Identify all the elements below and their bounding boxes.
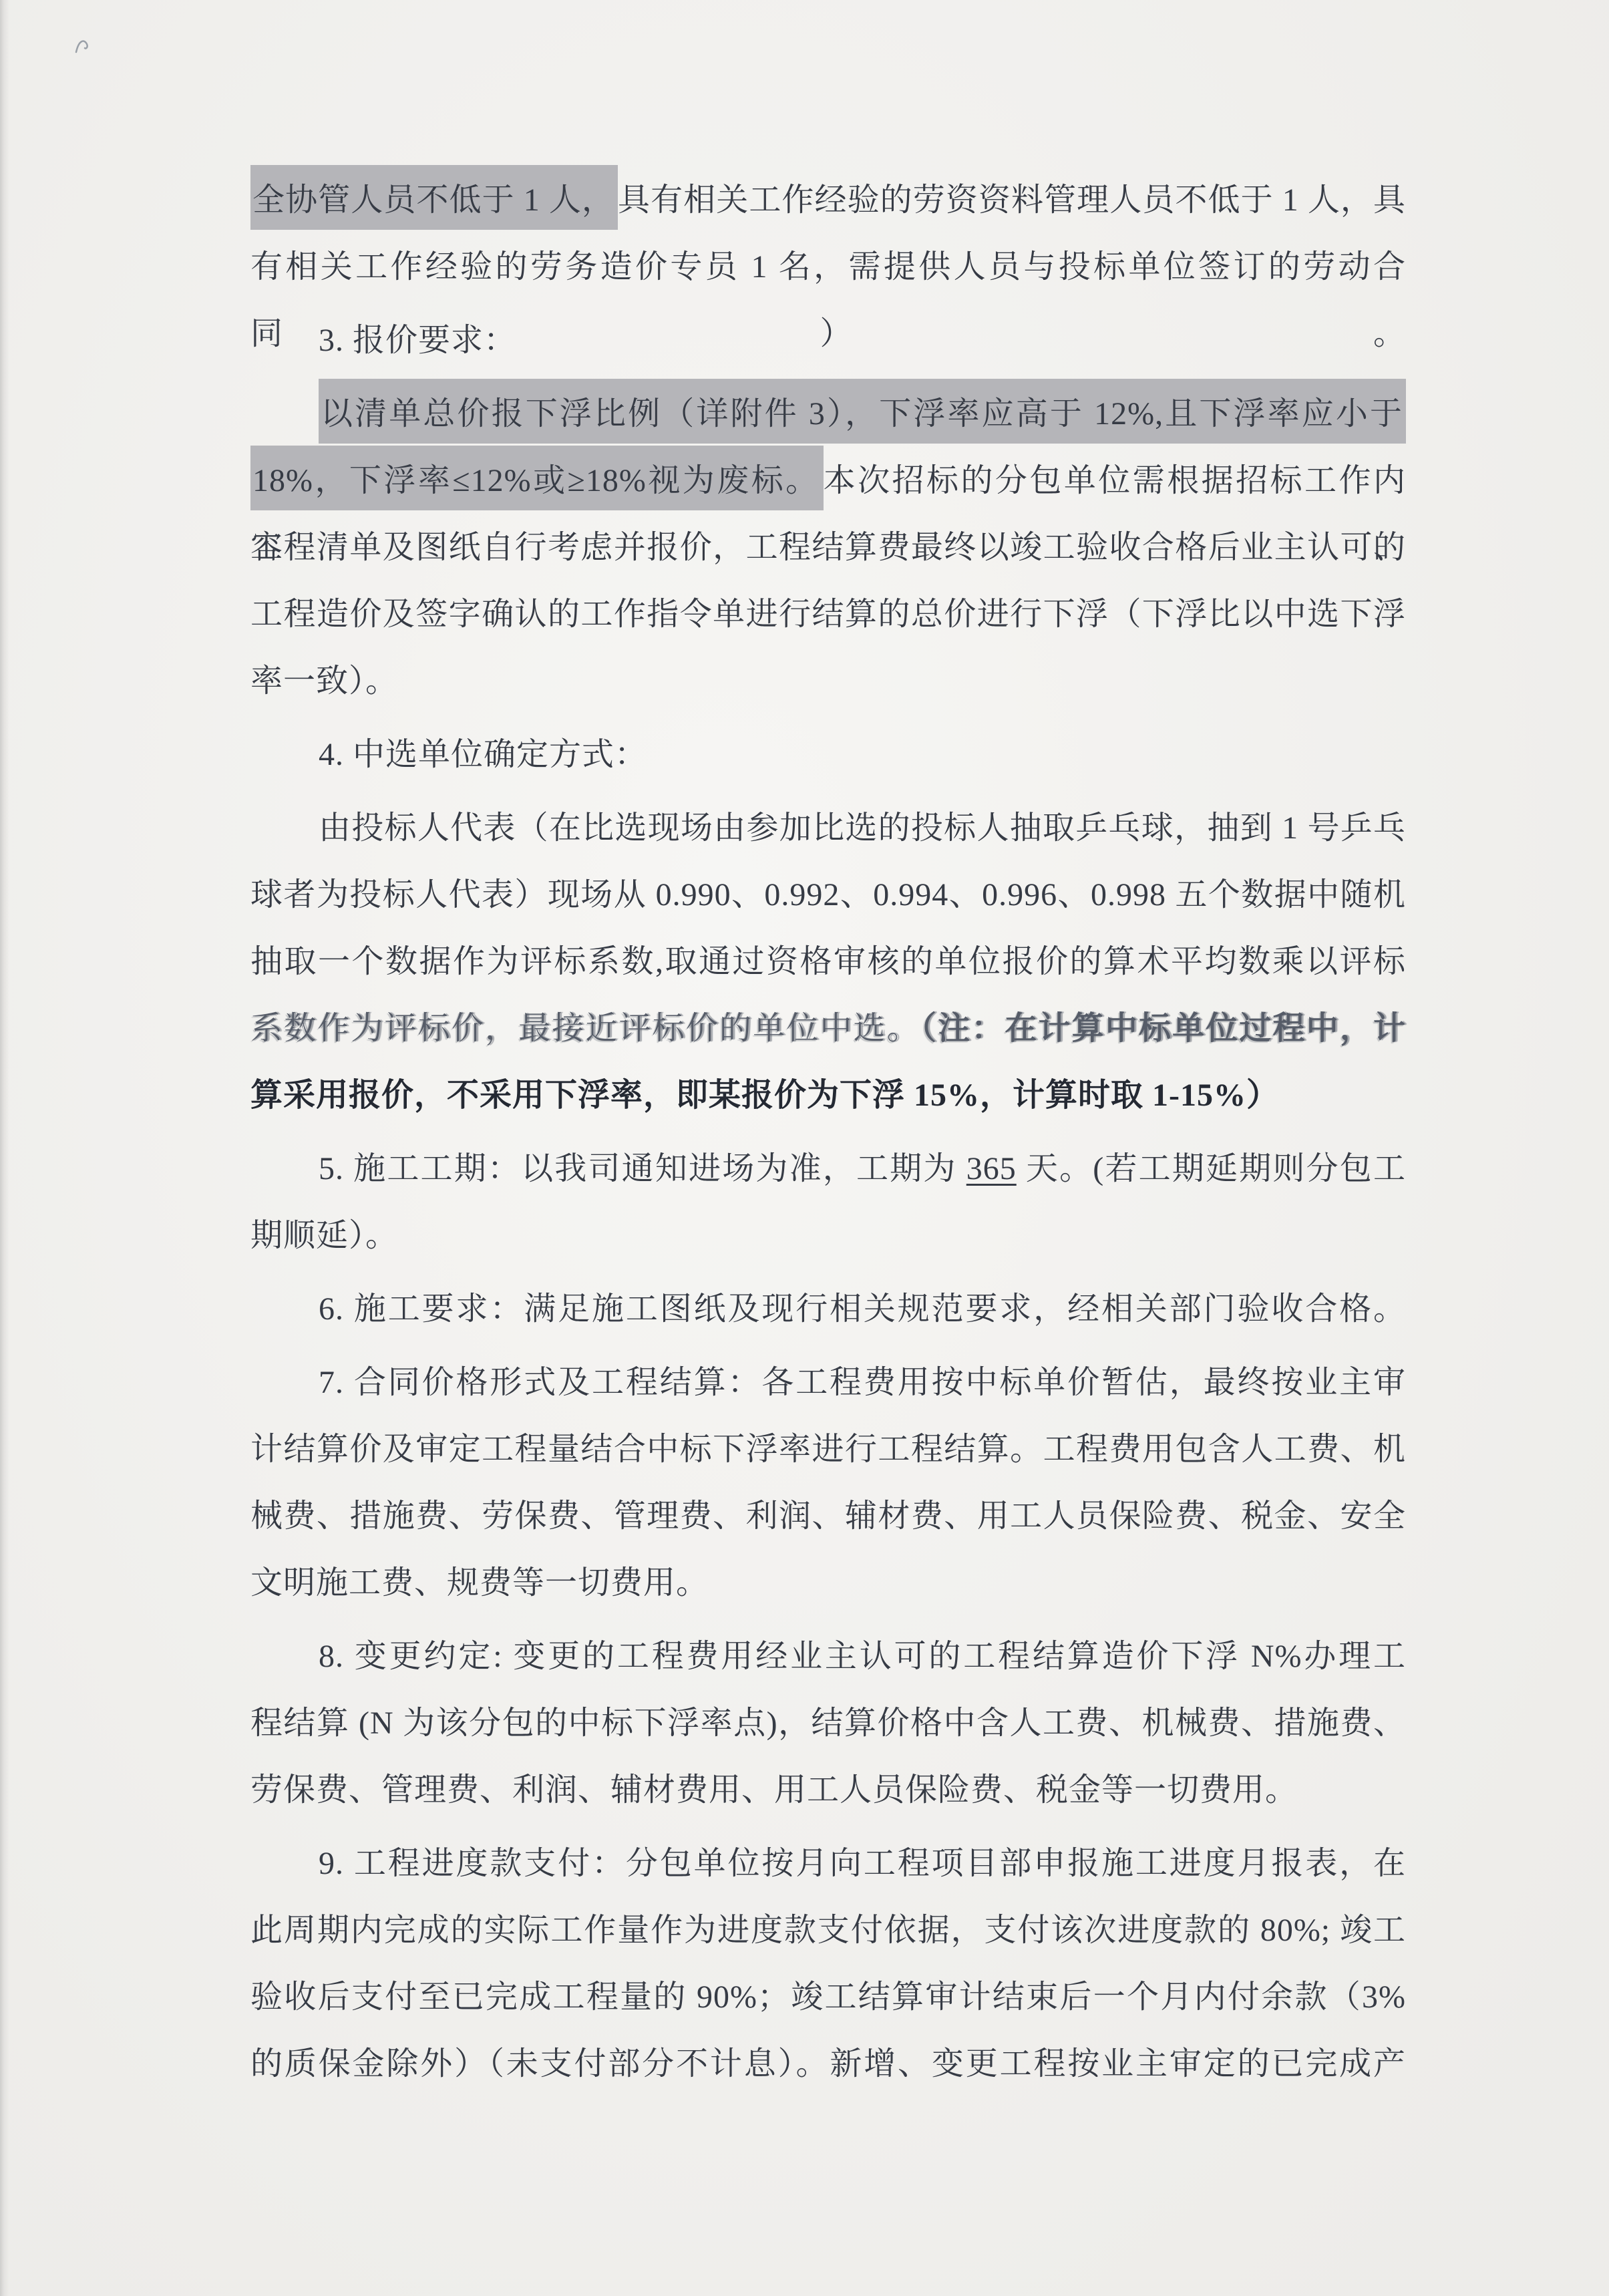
text-segment: 算采用报价，不采用下浮率，即某报价为下浮 15%，计算时取 1-15%） — [250, 1078, 1279, 1113]
text-segment: 计结算价及审定工程量结合中标下浮率进行工程结算。工程费用包含人工费、机 — [250, 1432, 1406, 1467]
text-line: 6. 施工要求：满足施工图纸及现行相关规范要求，经相关部门验收合格。 — [250, 1276, 1406, 1343]
text-line: 计结算价及审定工程量结合中标下浮率进行工程结算。工程费用包含人工费、机 — [250, 1416, 1406, 1483]
text-line: 此周期内完成的实际工作量作为进度款支付依据，支付该次进度款的 80%; 竣工 — [250, 1897, 1406, 1964]
text-line: 9. 工程进度款支付：分包单位按月向工程项目部申报施工进度月报表，在 — [250, 1830, 1406, 1897]
text-segment: （注：在计算中标单位过程中，计 — [920, 1011, 1406, 1046]
text-segment: 率一致）。 — [250, 663, 398, 699]
para-personnel-continuation: 全协管人员不低于 1 人，具有相关工作经验的劳资资料管理人员不低于 1 人，具有… — [250, 167, 1406, 301]
text-segment: 由投标人代表（在比选现场由参加比选的投标人抽取乒乓球，抽到 1 号乒乓 — [319, 810, 1406, 846]
text-segment: 工程清单及图纸自行考虑并报价，工程结算费最终以竣工验收合格后业主认可的 — [250, 530, 1406, 565]
text-segment: 的质保金除外）（未支付部分不计息）。新增、变更工程按业主审定的已完成产 — [250, 2046, 1406, 2082]
text-segment: 程结算 (N 为该分包的中标下浮率点)，结算价格中含人工费、机械费、措施费、 — [250, 1705, 1406, 1741]
text-line: 劳保费、管理费、利润、辅材费用、用工人员保险费、税金等一切费用。 — [250, 1757, 1406, 1824]
text-segment: 球者为投标人代表）现场从 0.990、0.992、0.994、0.996、0.9… — [250, 877, 1406, 913]
text-line: 5. 施工工期：以我司通知进场为准，工期为 365 天。(若工期延期则分包工 — [250, 1136, 1406, 1202]
text-line: 7. 合同价格形式及工程结算：各工程费用按中标单价暂估，最终按业主审 — [250, 1349, 1406, 1416]
text-line: 以清单总价报下浮比例（详附件 3），下浮率应高于 12%,且下浮率应小于 — [250, 381, 1406, 448]
text-line: 期顺延）。 — [250, 1202, 1406, 1269]
text-line: 率一致）。 — [250, 648, 1406, 715]
text-line: 系数作为评标价，最接近评标价的单位中选。（注：在计算中标单位过程中，计 — [250, 995, 1406, 1062]
underlined-text: 365 — [966, 1151, 1017, 1186]
text-segment: 验收后支付至已完成工程量的 90%；竣工结算审计结束后一个月内付余款（3% — [250, 1979, 1406, 2015]
text-line: 有相关工作经验的劳务造价专员 1 名，需提供人员与投标单位签订的劳动合同）。 — [250, 234, 1406, 301]
para-9-progress-payment: 9. 工程进度款支付：分包单位按月向工程项目部申报施工进度月报表，在此周期内完成… — [250, 1830, 1406, 2098]
text-segment: 此周期内完成的实际工作量作为进度款支付依据，支付该次进度款的 80%; 竣工 — [250, 1913, 1406, 1948]
text-segment: 9. 工程进度款支付：分包单位按月向工程项目部申报施工进度月报表，在 — [319, 1846, 1406, 1881]
text-segment: 8. 变更约定: 变更的工程费用经业主认可的工程结算造价下浮 N%办理工 — [319, 1639, 1406, 1674]
text-line: 程结算 (N 为该分包的中标下浮率点)，结算价格中含人工费、机械费、措施费、 — [250, 1690, 1406, 1757]
text-segment: 械费、措施费、劳保费、管理费、利润、辅材费、用工人员保险费、税金、安全 — [250, 1498, 1406, 1534]
highlighted-text: 全协管人员不低于 1 人， — [250, 165, 618, 230]
text-line: 4. 中选单位确定方式： — [250, 721, 1406, 788]
text-segment: 7. 合同价格形式及工程结算：各工程费用按中标单价暂估，最终按业主审 — [319, 1365, 1406, 1400]
para-6-construction-requirements: 6. 施工要求：满足施工图纸及现行相关规范要求，经相关部门验收合格。 — [250, 1276, 1406, 1343]
text-segment: 4. 中选单位确定方式： — [319, 737, 647, 772]
text-segment: 文明施工费、规费等一切费用。 — [250, 1565, 709, 1601]
text-line: 工程清单及图纸自行考虑并报价，工程结算费最终以竣工验收合格后业主认可的 — [250, 514, 1406, 581]
text-line: 械费、措施费、劳保费、管理费、利润、辅材费、用工人员保险费、税金、安全 — [250, 1483, 1406, 1550]
text-line: 抽取一个数据作为评标系数,取通过资格审核的单位报价的算术平均数乘以评标 — [250, 929, 1406, 995]
text-segment: 5. 施工工期：以我司通知进场为准，工期为 — [319, 1151, 966, 1186]
para-winner-determination-detail: 由投标人代表（在比选现场由参加比选的投标人抽取乒乓球，抽到 1 号乒乓球者为投标… — [250, 795, 1406, 1129]
scan-artifact-squiggle — [75, 35, 102, 57]
text-line: 的质保金除外）（未支付部分不计息）。新增、变更工程按业主审定的已完成产 — [250, 2031, 1406, 2098]
highlighted-text: 18%，下浮率≤12%或≥18%视为废标。 — [250, 446, 824, 510]
text-line: 18%，下浮率≤12%或≥18%视为废标。本次招标的分包单位需根据招标工作内容、 — [250, 448, 1406, 514]
text-line: 8. 变更约定: 变更的工程费用经业主认可的工程结算造价下浮 N%办理工 — [250, 1623, 1406, 1690]
text-segment: 系数作为评标价，最接近评标价的单位中选。 — [250, 1011, 920, 1046]
text-segment: 工程造价及签字确认的工作指令单进行结算的总价进行下浮（下浮比以中选下浮 — [250, 597, 1406, 632]
text-segment: 抽取一个数据作为评标系数,取通过资格审核的单位报价的算术平均数乘以评标 — [250, 944, 1406, 979]
text-line: 由投标人代表（在比选现场由参加比选的投标人抽取乒乓球，抽到 1 号乒乓 — [250, 795, 1406, 862]
text-segment: 6. 施工要求：满足施工图纸及现行相关规范要求，经相关部门验收合格。 — [319, 1291, 1406, 1327]
highlighted-text: 以清单总价报下浮比例（详附件 3），下浮率应高于 12%,且下浮率应小于 — [319, 379, 1406, 444]
text-segment: 劳保费、管理费、利润、辅材费用、用工人员保险费、税金等一切费用。 — [250, 1772, 1298, 1808]
heading-4-winner-determination: 4. 中选单位确定方式： — [250, 721, 1406, 788]
scanned-document-page: 全协管人员不低于 1 人，具有相关工作经验的劳资资料管理人员不低于 1 人，具有… — [0, 0, 1609, 2296]
para-5-construction-period: 5. 施工工期：以我司通知进场为准，工期为 365 天。(若工期延期则分包工期顺… — [250, 1136, 1406, 1269]
text-segment: 3. 报价要求： — [319, 323, 516, 358]
text-line: 工程造价及签字确认的工作指令单进行结算的总价进行下浮（下浮比以中选下浮 — [250, 581, 1406, 648]
text-line: 球者为投标人代表）现场从 0.990、0.992、0.994、0.996、0.9… — [250, 862, 1406, 929]
text-line: 算采用报价，不采用下浮率，即某报价为下浮 15%，计算时取 1-15%） — [250, 1062, 1406, 1129]
scanner-edge-shadow — [0, 0, 9, 2296]
text-segment: 具有相关工作经验的劳资资料管理人员不低于 1 人，具 — [618, 182, 1406, 218]
document-body: 全协管人员不低于 1 人，具有相关工作经验的劳资资料管理人员不低于 1 人，具有… — [250, 167, 1406, 2098]
text-line: 文明施工费、规费等一切费用。 — [250, 1550, 1406, 1617]
text-line: 验收后支付至已完成工程量的 90%；竣工结算审计结束后一个月内付余款（3% — [250, 1964, 1406, 2031]
para-quotation-detail: 以清单总价报下浮比例（详附件 3），下浮率应高于 12%,且下浮率应小于18%，… — [250, 381, 1406, 715]
text-line: 全协管人员不低于 1 人，具有相关工作经验的劳资资料管理人员不低于 1 人，具 — [250, 167, 1406, 234]
para-8-change-agreement: 8. 变更约定: 变更的工程费用经业主认可的工程结算造价下浮 N%办理工程结算 … — [250, 1623, 1406, 1824]
text-segment: 天。(若工期延期则分包工 — [1017, 1151, 1406, 1186]
text-segment: 期顺延）。 — [250, 1218, 398, 1253]
para-7-contract-price: 7. 合同价格形式及工程结算：各工程费用按中标单价暂估，最终按业主审计结算价及审… — [250, 1349, 1406, 1617]
